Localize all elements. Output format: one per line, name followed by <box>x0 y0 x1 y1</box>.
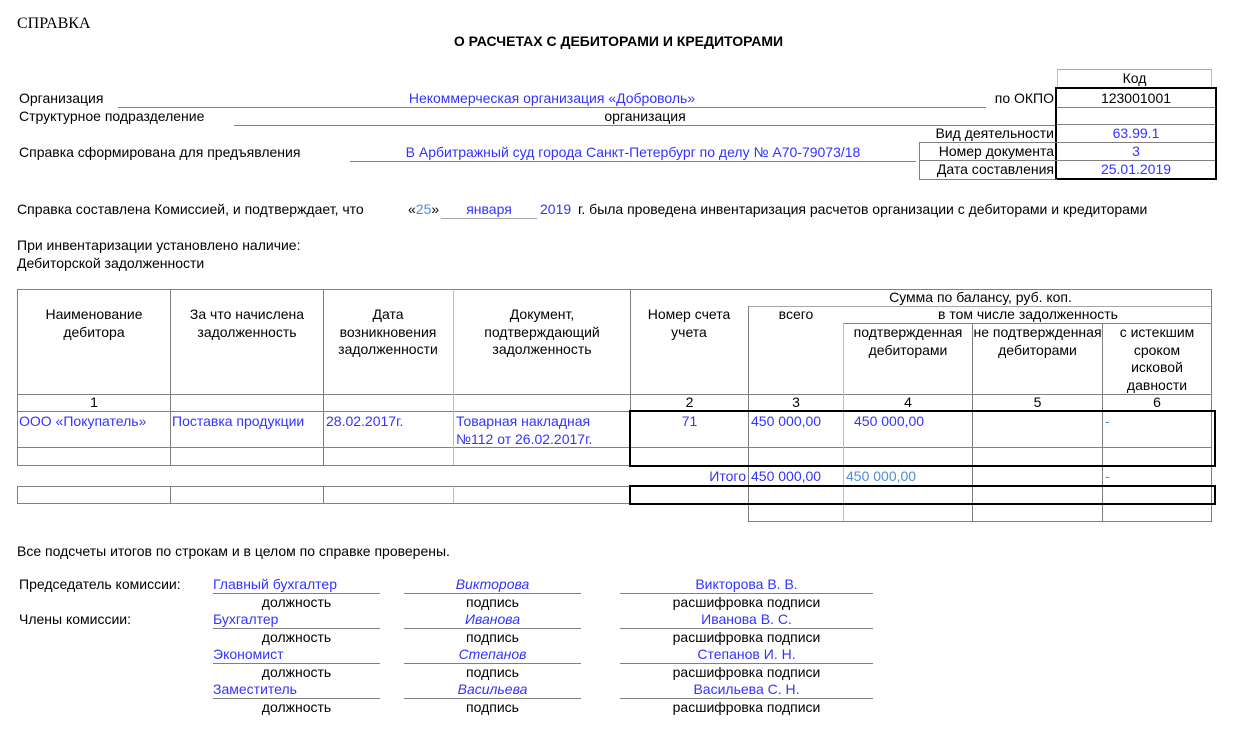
inventory-line-1: При инвентаризации установлено наличие: <box>17 237 301 254</box>
presented-field[interactable]: В Арбитражный суд города Санкт-Петербург… <box>350 144 916 161</box>
date-label: Дата составления <box>900 161 1054 178</box>
signature-field[interactable]: Васильева <box>404 681 581 698</box>
cell-account[interactable]: 71 <box>631 413 748 431</box>
header-sum-group: Сумма по балансу, руб. коп. <box>749 289 1212 307</box>
statement-prefix: Справка составлена Комиссией, и подтверж… <box>17 201 364 218</box>
position-field[interactable]: Главный бухгалтер <box>213 576 337 593</box>
cell-document[interactable]: Товарная накладная №112 от 26.02.2017г. <box>456 413 616 448</box>
table-line <box>17 486 18 503</box>
table-line <box>170 486 171 503</box>
organization-label: Организация <box>19 90 103 107</box>
cell-debtor-name[interactable]: ООО «Покупатель» <box>19 413 169 431</box>
header-total: всего <box>749 306 843 324</box>
table-line <box>323 486 324 503</box>
presented-label: Справка сформирована для предъявления <box>19 144 300 161</box>
okpo-value[interactable]: 123001001 <box>1057 90 1215 107</box>
statement-year-field[interactable]: 2019 <box>540 201 571 218</box>
date-value[interactable]: 25.01.2019 <box>1057 161 1215 178</box>
decoding-caption: расшифровка подписи <box>620 664 873 681</box>
header-reason: За что начислена задолженность <box>171 306 323 341</box>
members-label: Члены комиссии: <box>19 611 131 628</box>
document-title: О РАСЧЕТАХ С ДЕБИТОРАМИ И КРЕДИТОРАМИ <box>0 33 1237 50</box>
position-field[interactable]: Бухгалтер <box>213 611 278 628</box>
okpo-label: по ОКПО <box>900 90 1054 107</box>
statement-day-field[interactable]: «25» <box>408 201 439 218</box>
position-caption: должность <box>213 664 380 681</box>
date-underline <box>920 179 1057 180</box>
cell-reason[interactable]: Поставка продукции <box>172 413 322 431</box>
column-number: 3 <box>749 394 843 412</box>
signature-field[interactable]: Иванова <box>404 611 581 628</box>
totals-label: Итого <box>631 468 746 486</box>
position-caption: должность <box>213 699 380 716</box>
table-line <box>748 521 1212 522</box>
codes-header: Код <box>1057 70 1212 87</box>
totals-confirmed[interactable]: 450 000,00 <box>846 468 972 486</box>
column-number: 4 <box>844 394 972 412</box>
statement-day: 25 <box>416 201 432 217</box>
header-date: Дата возникновения задолженности <box>328 306 448 359</box>
totals-total[interactable]: 450 000,00 <box>751 468 843 486</box>
signature-field[interactable]: Викторова <box>404 576 581 593</box>
table-line <box>453 486 454 503</box>
decoding-caption: расшифровка подписи <box>620 629 873 646</box>
totals-expired[interactable]: - <box>1105 468 1211 486</box>
cell-total[interactable]: 450 000,00 <box>751 413 843 431</box>
name-field[interactable]: Васильева С. Н. <box>620 681 873 698</box>
header-debtor-name: Наименование дебитора <box>18 306 170 341</box>
signature-caption: подпись <box>404 594 581 611</box>
cell-expired[interactable]: - <box>1105 413 1211 431</box>
activity-label: Вид деятельности <box>900 125 1054 142</box>
activity-value[interactable]: 63.99.1 <box>1057 125 1215 142</box>
position-field[interactable]: Экономист <box>213 646 284 663</box>
signature-caption: подпись <box>404 629 581 646</box>
statement-month-field[interactable]: января <box>441 201 537 218</box>
signature-caption: подпись <box>404 664 581 681</box>
name-field[interactable]: Степанов И. Н. <box>620 646 873 663</box>
presented-underline <box>350 161 916 162</box>
position-caption: должность <box>213 629 380 646</box>
doc-number-value[interactable]: 3 <box>1057 143 1215 160</box>
column-number: 2 <box>631 394 748 412</box>
header-account: Номер счета учета <box>640 306 738 341</box>
column-number: 6 <box>1103 394 1211 412</box>
column-number: 5 <box>973 394 1102 412</box>
inventory-line-2: Дебиторской задолженности <box>17 255 204 272</box>
document-type: СПРАВКА <box>17 15 91 32</box>
position-field[interactable]: Заместитель <box>213 681 297 698</box>
decoding-caption: расшифровка подписи <box>620 699 873 716</box>
subdivision-field[interactable]: организация <box>234 108 1056 125</box>
header-including-group: в том числе задолженность <box>844 306 1212 324</box>
header-expired: с истекшим сроком исковой давности <box>1118 324 1196 394</box>
cell-date[interactable]: 28.02.2017г. <box>326 413 452 431</box>
codes-row-line <box>1057 107 1215 108</box>
signature-caption: подпись <box>404 699 581 716</box>
subdivision-label: Структурное подразделение <box>19 108 204 125</box>
month-underline <box>441 218 537 219</box>
organization-field[interactable]: Некоммерческая организация «Доброволь» <box>118 90 986 107</box>
cell-confirmed[interactable]: 450 000,00 <box>854 413 972 431</box>
decoding-caption: расшифровка подписи <box>620 594 873 611</box>
column-number: 1 <box>18 394 170 412</box>
verification-text: Все подсчеты итогов по строкам и в целом… <box>17 543 450 560</box>
quote-open: « <box>408 201 416 217</box>
header-document: Документ, подтверждающий задолженность <box>458 306 626 359</box>
doc-number-label: Номер документа <box>900 143 1054 160</box>
table-line <box>453 289 454 465</box>
header-not-confirmed: не подтвержденная дебиторами <box>973 324 1102 359</box>
table-line <box>323 289 324 465</box>
name-field[interactable]: Викторова В. В. <box>620 576 873 593</box>
chair-label: Председатель комиссии: <box>19 576 181 593</box>
signature-field[interactable]: Степанов <box>404 646 581 663</box>
totals-box-outline <box>629 485 1216 505</box>
position-caption: должность <box>213 594 380 611</box>
statement-suffix: г. была проведена инвентаризация расчето… <box>578 201 1147 218</box>
name-field[interactable]: Иванова В. С. <box>620 611 873 628</box>
quote-close: » <box>431 201 439 217</box>
header-confirmed: подтвержденная дебиторами <box>844 324 972 359</box>
